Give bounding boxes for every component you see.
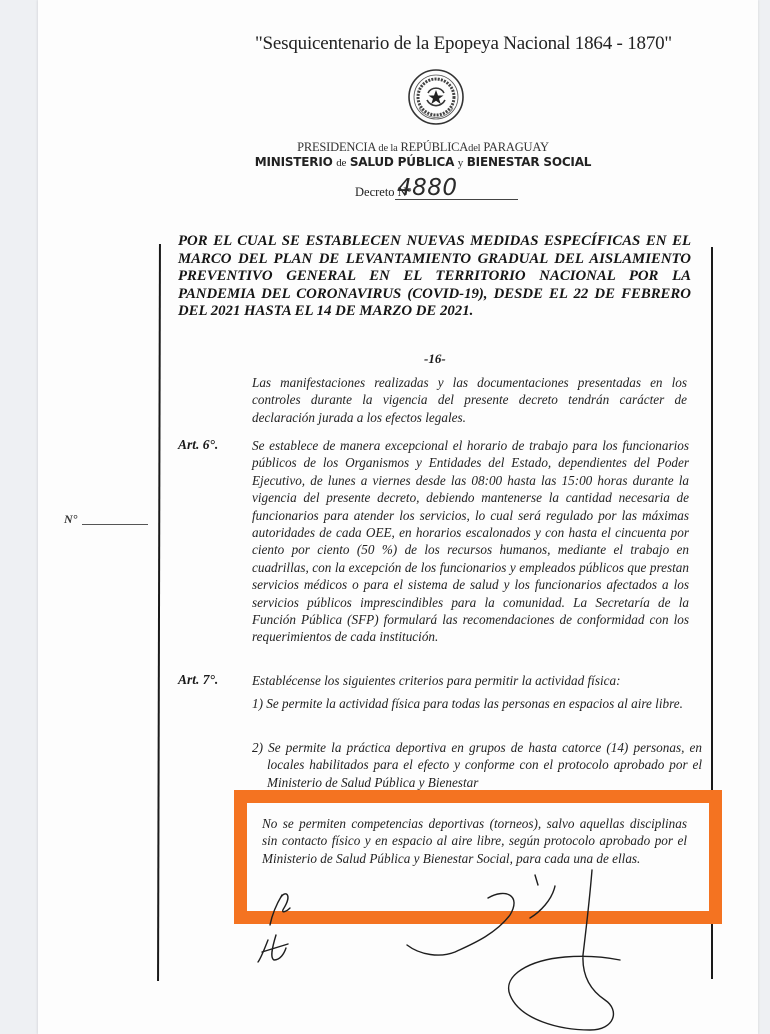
handwritten-signatures <box>0 0 770 1034</box>
